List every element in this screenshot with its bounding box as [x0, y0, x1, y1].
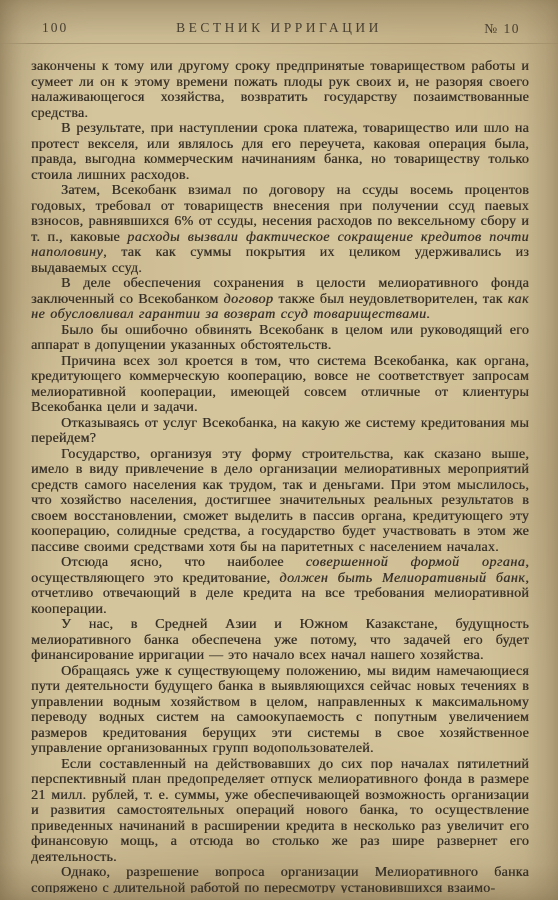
body-text: Отказываясь от услуг Всекобанка, на каку…: [31, 416, 529, 447]
emphasized-text: совершенной формой органа: [306, 555, 525, 570]
body-text: У нас, в Средней Азии и Южном Казакстане…: [31, 617, 529, 663]
scanned-journal-page: 100 ВЕСТНИК ИРРИГАЦИИ № 10 закончены к т…: [0, 0, 558, 900]
document-body: закончены к тому или другому сроку предп…: [31, 59, 529, 893]
body-text: Отсюда ясно, что наиболее: [61, 555, 306, 570]
body-text: также был неудовлетворителен, так: [273, 292, 507, 307]
paragraph: закончены к тому или другому сроку предп…: [31, 59, 529, 121]
paragraph: Было бы ошибочно обвинять Всекобанк в це…: [31, 323, 529, 354]
paragraph: Отказываясь от услуг Всекобанка, на каку…: [31, 416, 529, 447]
journal-title: ВЕСТНИК ИРРИГАЦИИ: [0, 20, 558, 36]
body-text: Если составленный на действовавших до си…: [31, 757, 529, 865]
paragraph: Отсюда ясно, что наиболее совершенной фо…: [31, 555, 529, 617]
paragraph: Государство, организуя эту форму строите…: [31, 447, 529, 556]
body-text: Было бы ошибочно обвинять Всекобанк в це…: [31, 323, 529, 354]
header-rule: [0, 43, 558, 44]
issue-number: № 10: [484, 21, 520, 37]
body-text: , так как суммы покрытия их целиком удер…: [31, 245, 529, 276]
paragraph: В результате, при наступлении срока плат…: [31, 121, 529, 183]
paragraph: У нас, в Средней Азии и Южном Казакстане…: [31, 617, 529, 664]
body-text: Государство, организуя эту форму строите…: [31, 447, 529, 555]
paragraph: В деле обеспечения сохранения в целости …: [31, 276, 529, 323]
paragraph: Если составленный на действовавших до си…: [31, 757, 529, 866]
emphasized-text: договор: [223, 292, 273, 307]
paragraph: Затем, Всекобанк взимал по договору на с…: [31, 183, 529, 276]
paragraph: Однако, разрешение вопроса организации М…: [31, 865, 529, 893]
emphasized-text: должен быть Мелиоративный банк: [279, 571, 525, 586]
body-text: Однако, разрешение вопроса организации М…: [31, 865, 529, 893]
paragraph: Причина всех зол кроется в том, что сист…: [31, 354, 529, 416]
paragraph: Обращаясь уже к существующему положению,…: [31, 664, 529, 757]
body-text: В результате, при наступлении срока плат…: [31, 121, 529, 183]
body-text: Причина всех зол кроется в том, что сист…: [31, 354, 529, 416]
body-text: Обращаясь уже к существующему положению,…: [31, 664, 529, 757]
running-head: 100 ВЕСТНИК ИРРИГАЦИИ № 10: [0, 18, 558, 42]
body-text: закончены к тому или другому сроку предп…: [31, 59, 529, 121]
